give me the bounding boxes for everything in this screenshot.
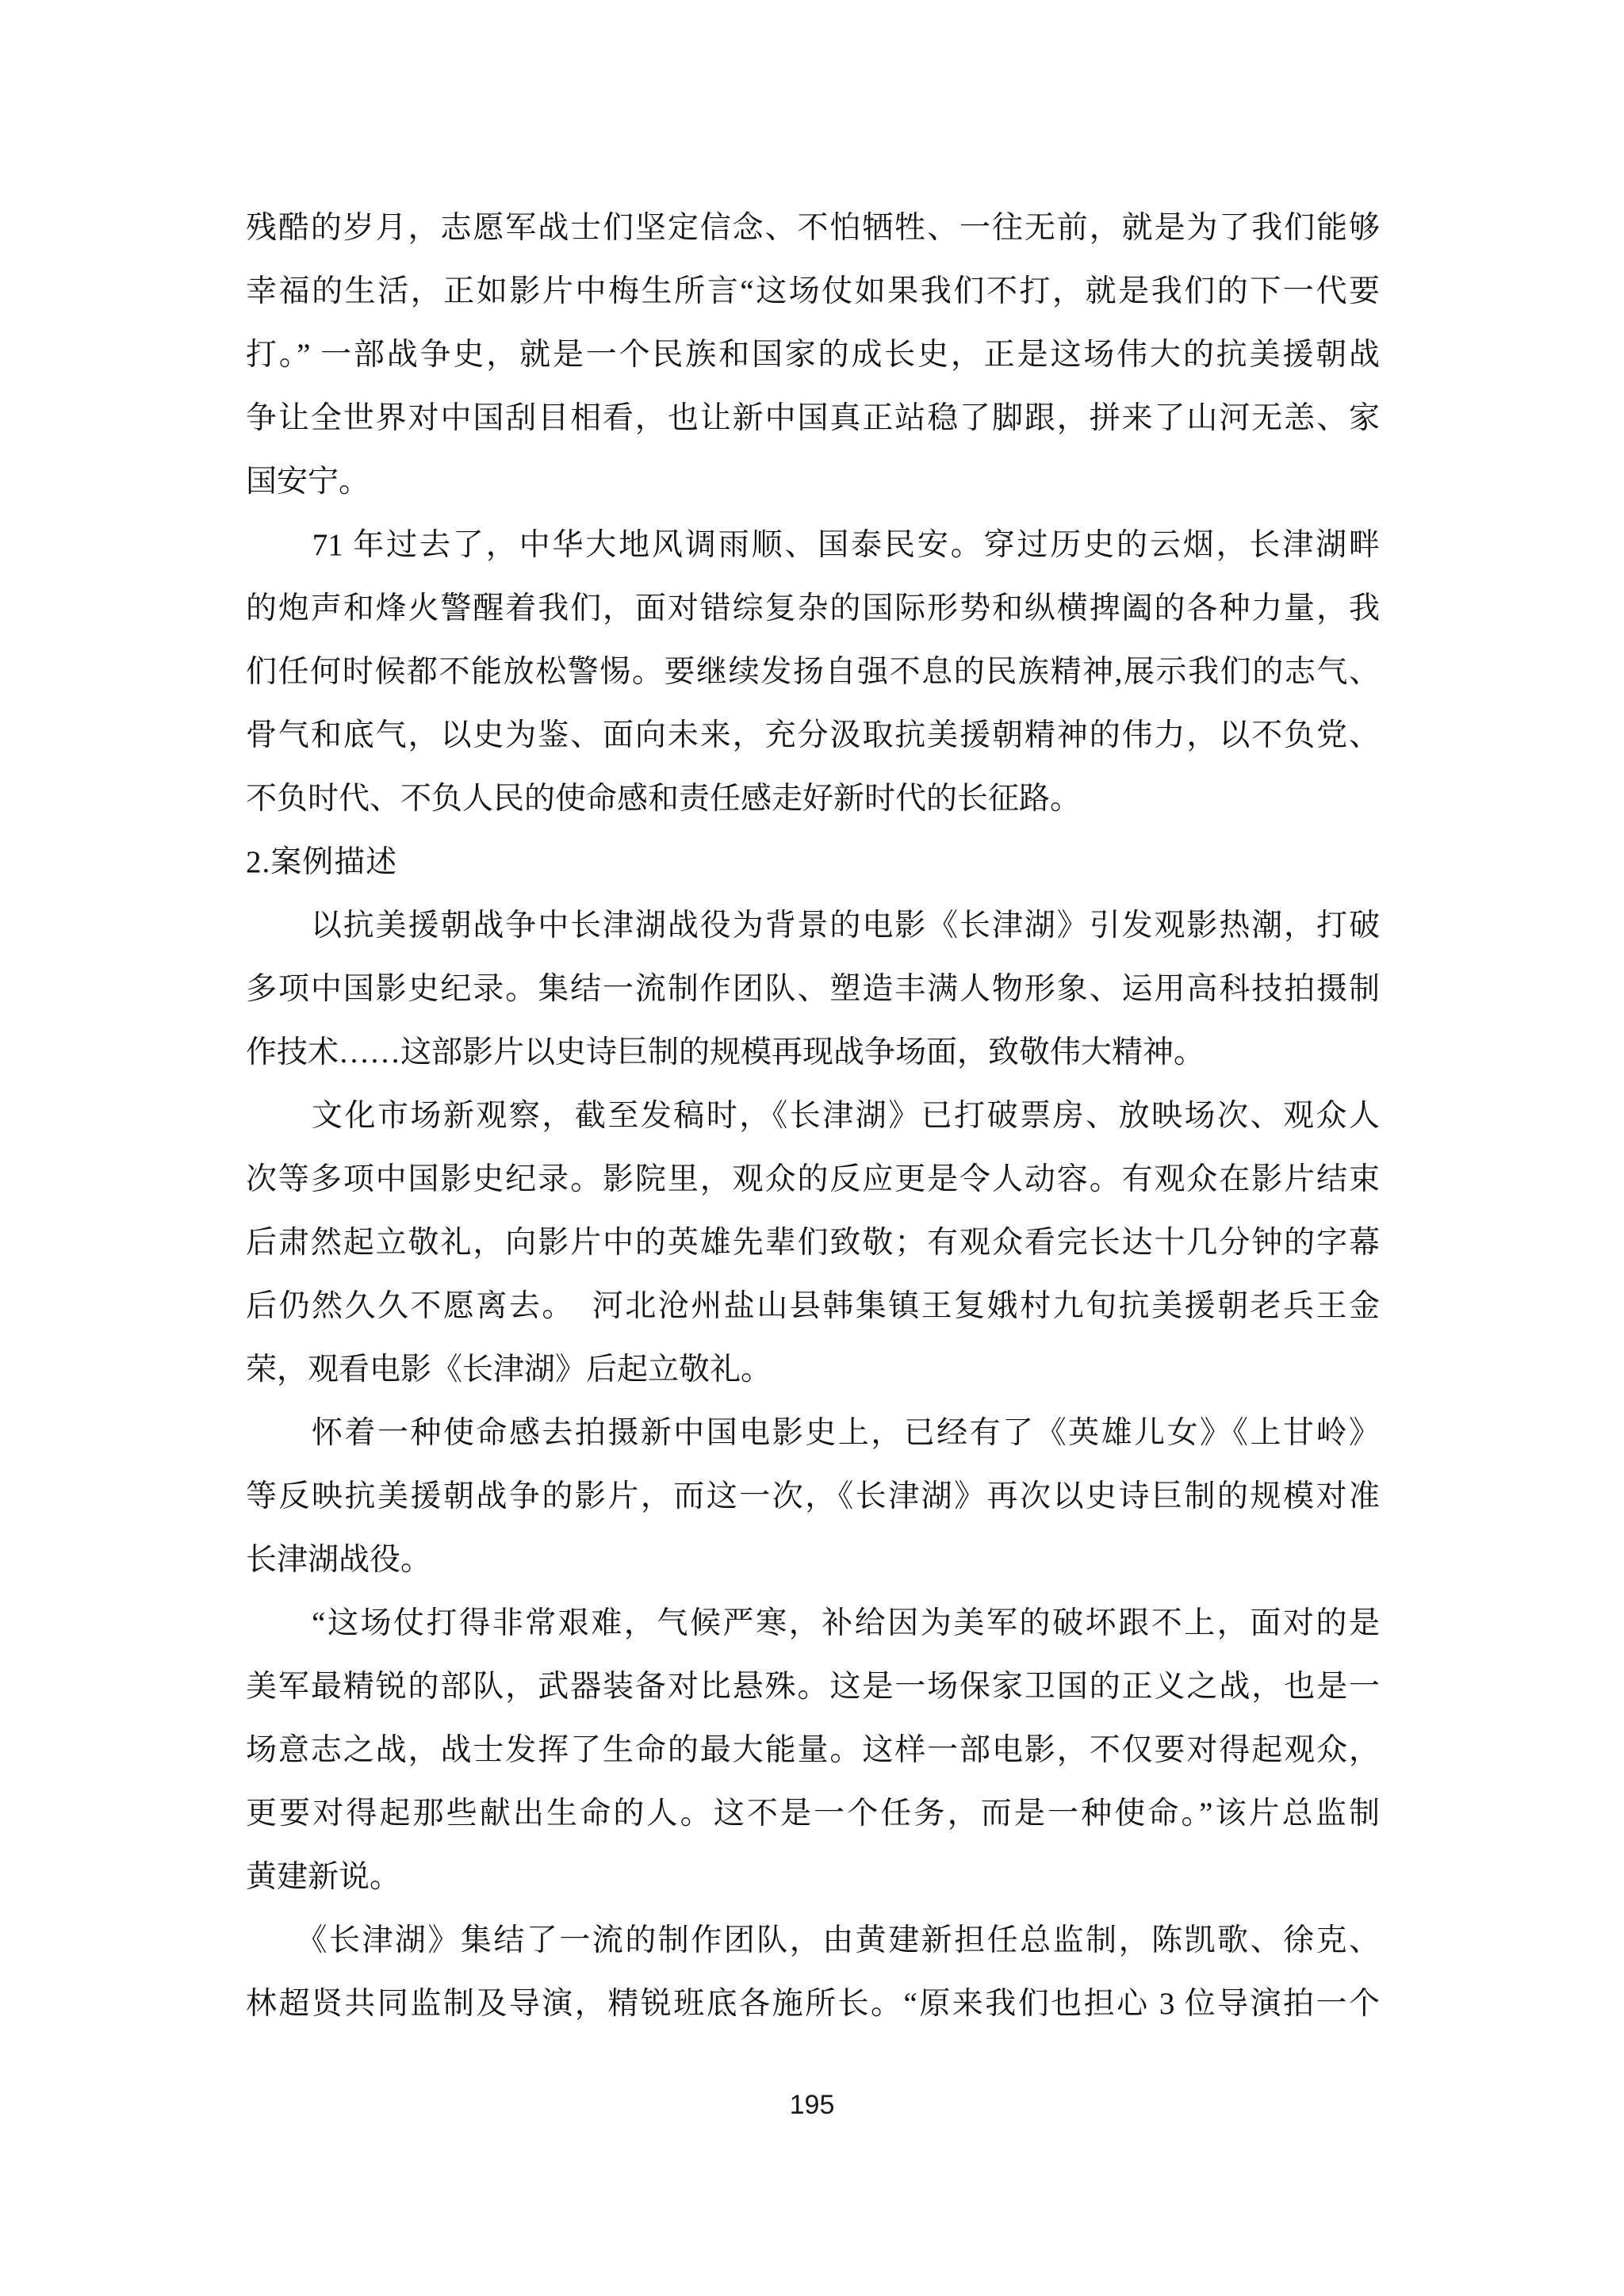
document-page: 残酷的岁月，志愿军战士们坚定信念、不怕牺牲、一往无前，就是为了我们能够幸福的生活… xyxy=(0,0,1624,2296)
text-line: 的炮声和烽火警醒着我们，面对错综复杂的国际形势和纵横捭阖的各种力量，我 xyxy=(246,577,1380,641)
text-line: 更要对得起那些献出生命的人。这不是一个任务，而是一种使命。”该片总监制 xyxy=(246,1782,1380,1846)
paragraph: 《长津湖》集结了一流的制作团队，由黄建新担任总监制，陈凯歌、徐克、林超贤共同监制… xyxy=(246,1909,1380,2036)
text-line: 美军最精锐的部队，武器装备对比悬殊。这是一场保家卫国的正义之战，也是一 xyxy=(246,1655,1380,1719)
text-line: 场意志之战，战士发挥了生命的最大能量。这样一部电影，不仅要对得起观众， xyxy=(246,1719,1380,1782)
text-line: 争让全世界对中国刮目相看，也让新中国真正站稳了脚跟，拼来了山河无恙、家 xyxy=(246,387,1380,450)
paragraph: 残酷的岁月，志愿军战士们坚定信念、不怕牺牲、一往无前，就是为了我们能够幸福的生活… xyxy=(246,197,1380,514)
text-line: 71 年过去了，中华大地风调雨顺、国泰民安。穿过历史的云烟，长津湖畔 xyxy=(246,514,1380,577)
text-line: 多项中国影史纪录。集结一流制作团队、塑造丰满人物形象、运用高科技拍摄制 xyxy=(246,958,1380,1021)
document-body: 残酷的岁月，志愿军战士们坚定信念、不怕牺牲、一往无前，就是为了我们能够幸福的生活… xyxy=(246,197,1380,2036)
text-line: 幸福的生活，正如影片中梅生所言“这场仗如果我们不打，就是我们的下一代要 xyxy=(246,260,1380,323)
paragraph: 以抗美援朝战争中长津湖战役为背景的电影《长津湖》引发观影热潮，打破多项中国影史纪… xyxy=(246,894,1380,1085)
text-line: 文化市场新观察，截至发稿时，《长津湖》已打破票房、放映场次、观众人 xyxy=(246,1085,1380,1148)
text-line: 等反映抗美援朝战争的影片，而这一次，《长津湖》再次以史诗巨制的规模对准 xyxy=(246,1465,1380,1529)
paragraph: 怀着一种使命感去拍摄新中国电影史上，已经有了《英雄儿女》《上甘岭》等反映抗美援朝… xyxy=(246,1402,1380,1592)
text-line: 怀着一种使命感去拍摄新中国电影史上，已经有了《英雄儿女》《上甘岭》 xyxy=(246,1402,1380,1465)
text-line: 不负时代、不负人民的使命感和责任感走好新时代的长征路。 xyxy=(246,767,1380,831)
text-line: 国安宁。 xyxy=(246,450,1380,514)
text-line: 以抗美援朝战争中长津湖战役为背景的电影《长津湖》引发观影热潮，打破 xyxy=(246,894,1380,958)
text-line: 荣，观看电影《长津湖》后起立敬礼。 xyxy=(246,1338,1380,1402)
paragraph: 71 年过去了，中华大地风调雨顺、国泰民安。穿过历史的云烟，长津湖畔的炮声和烽火… xyxy=(246,514,1380,831)
text-line: 骨气和底气，以史为鉴、面向未来，充分汲取抗美援朝精神的伟力，以不负党、 xyxy=(246,704,1380,767)
text-line: “这场仗打得非常艰难，气候严寒，补给因为美军的破坏跟不上，面对的是 xyxy=(246,1592,1380,1655)
paragraph: “这场仗打得非常艰难，气候严寒，补给因为美军的破坏跟不上，面对的是美军最精锐的部… xyxy=(246,1592,1380,1909)
heading-text-line: 2.案例描述 xyxy=(246,831,1380,894)
section-heading: 2.案例描述 xyxy=(246,831,1380,894)
text-line: 打。” 一部战争史，就是一个民族和国家的成长史，正是这场伟大的抗美援朝战 xyxy=(246,323,1380,387)
text-line: 长津湖战役。 xyxy=(246,1529,1380,1592)
text-line: 次等多项中国影史纪录。影院里，观众的反应更是令人动容。有观众在影片结束 xyxy=(246,1148,1380,1211)
paragraph: 文化市场新观察，截至发稿时，《长津湖》已打破票房、放映场次、观众人次等多项中国影… xyxy=(246,1085,1380,1402)
text-line: 后肃然起立敬礼，向影片中的英雄先辈们致敬；有观众看完长达十几分钟的字幕 xyxy=(246,1211,1380,1275)
text-line: 林超贤共同监制及导演，精锐班底各施所长。“原来我们也担心 3 位导演拍一个 xyxy=(246,1973,1380,2036)
page-number: 195 xyxy=(790,2090,835,2120)
text-line: 作技术……这部影片以史诗巨制的规模再现战争场面，致敬伟大精神。 xyxy=(246,1021,1380,1085)
page-footer: 195 xyxy=(0,2087,1624,2122)
text-line: 黄建新说。 xyxy=(246,1846,1380,1909)
text-line: 《长津湖》集结了一流的制作团队，由黄建新担任总监制，陈凯歌、徐克、 xyxy=(246,1909,1380,1973)
text-line: 残酷的岁月，志愿军战士们坚定信念、不怕牺牲、一往无前，就是为了我们能够 xyxy=(246,197,1380,260)
text-line: 们任何时候都不能放松警惕。要继续发扬自强不息的民族精神,展示我们的志气、 xyxy=(246,641,1380,704)
text-line: 后仍然久久不愿离去。 河北沧州盐山县韩集镇王复娥村九旬抗美援朝老兵王金 xyxy=(246,1275,1380,1338)
